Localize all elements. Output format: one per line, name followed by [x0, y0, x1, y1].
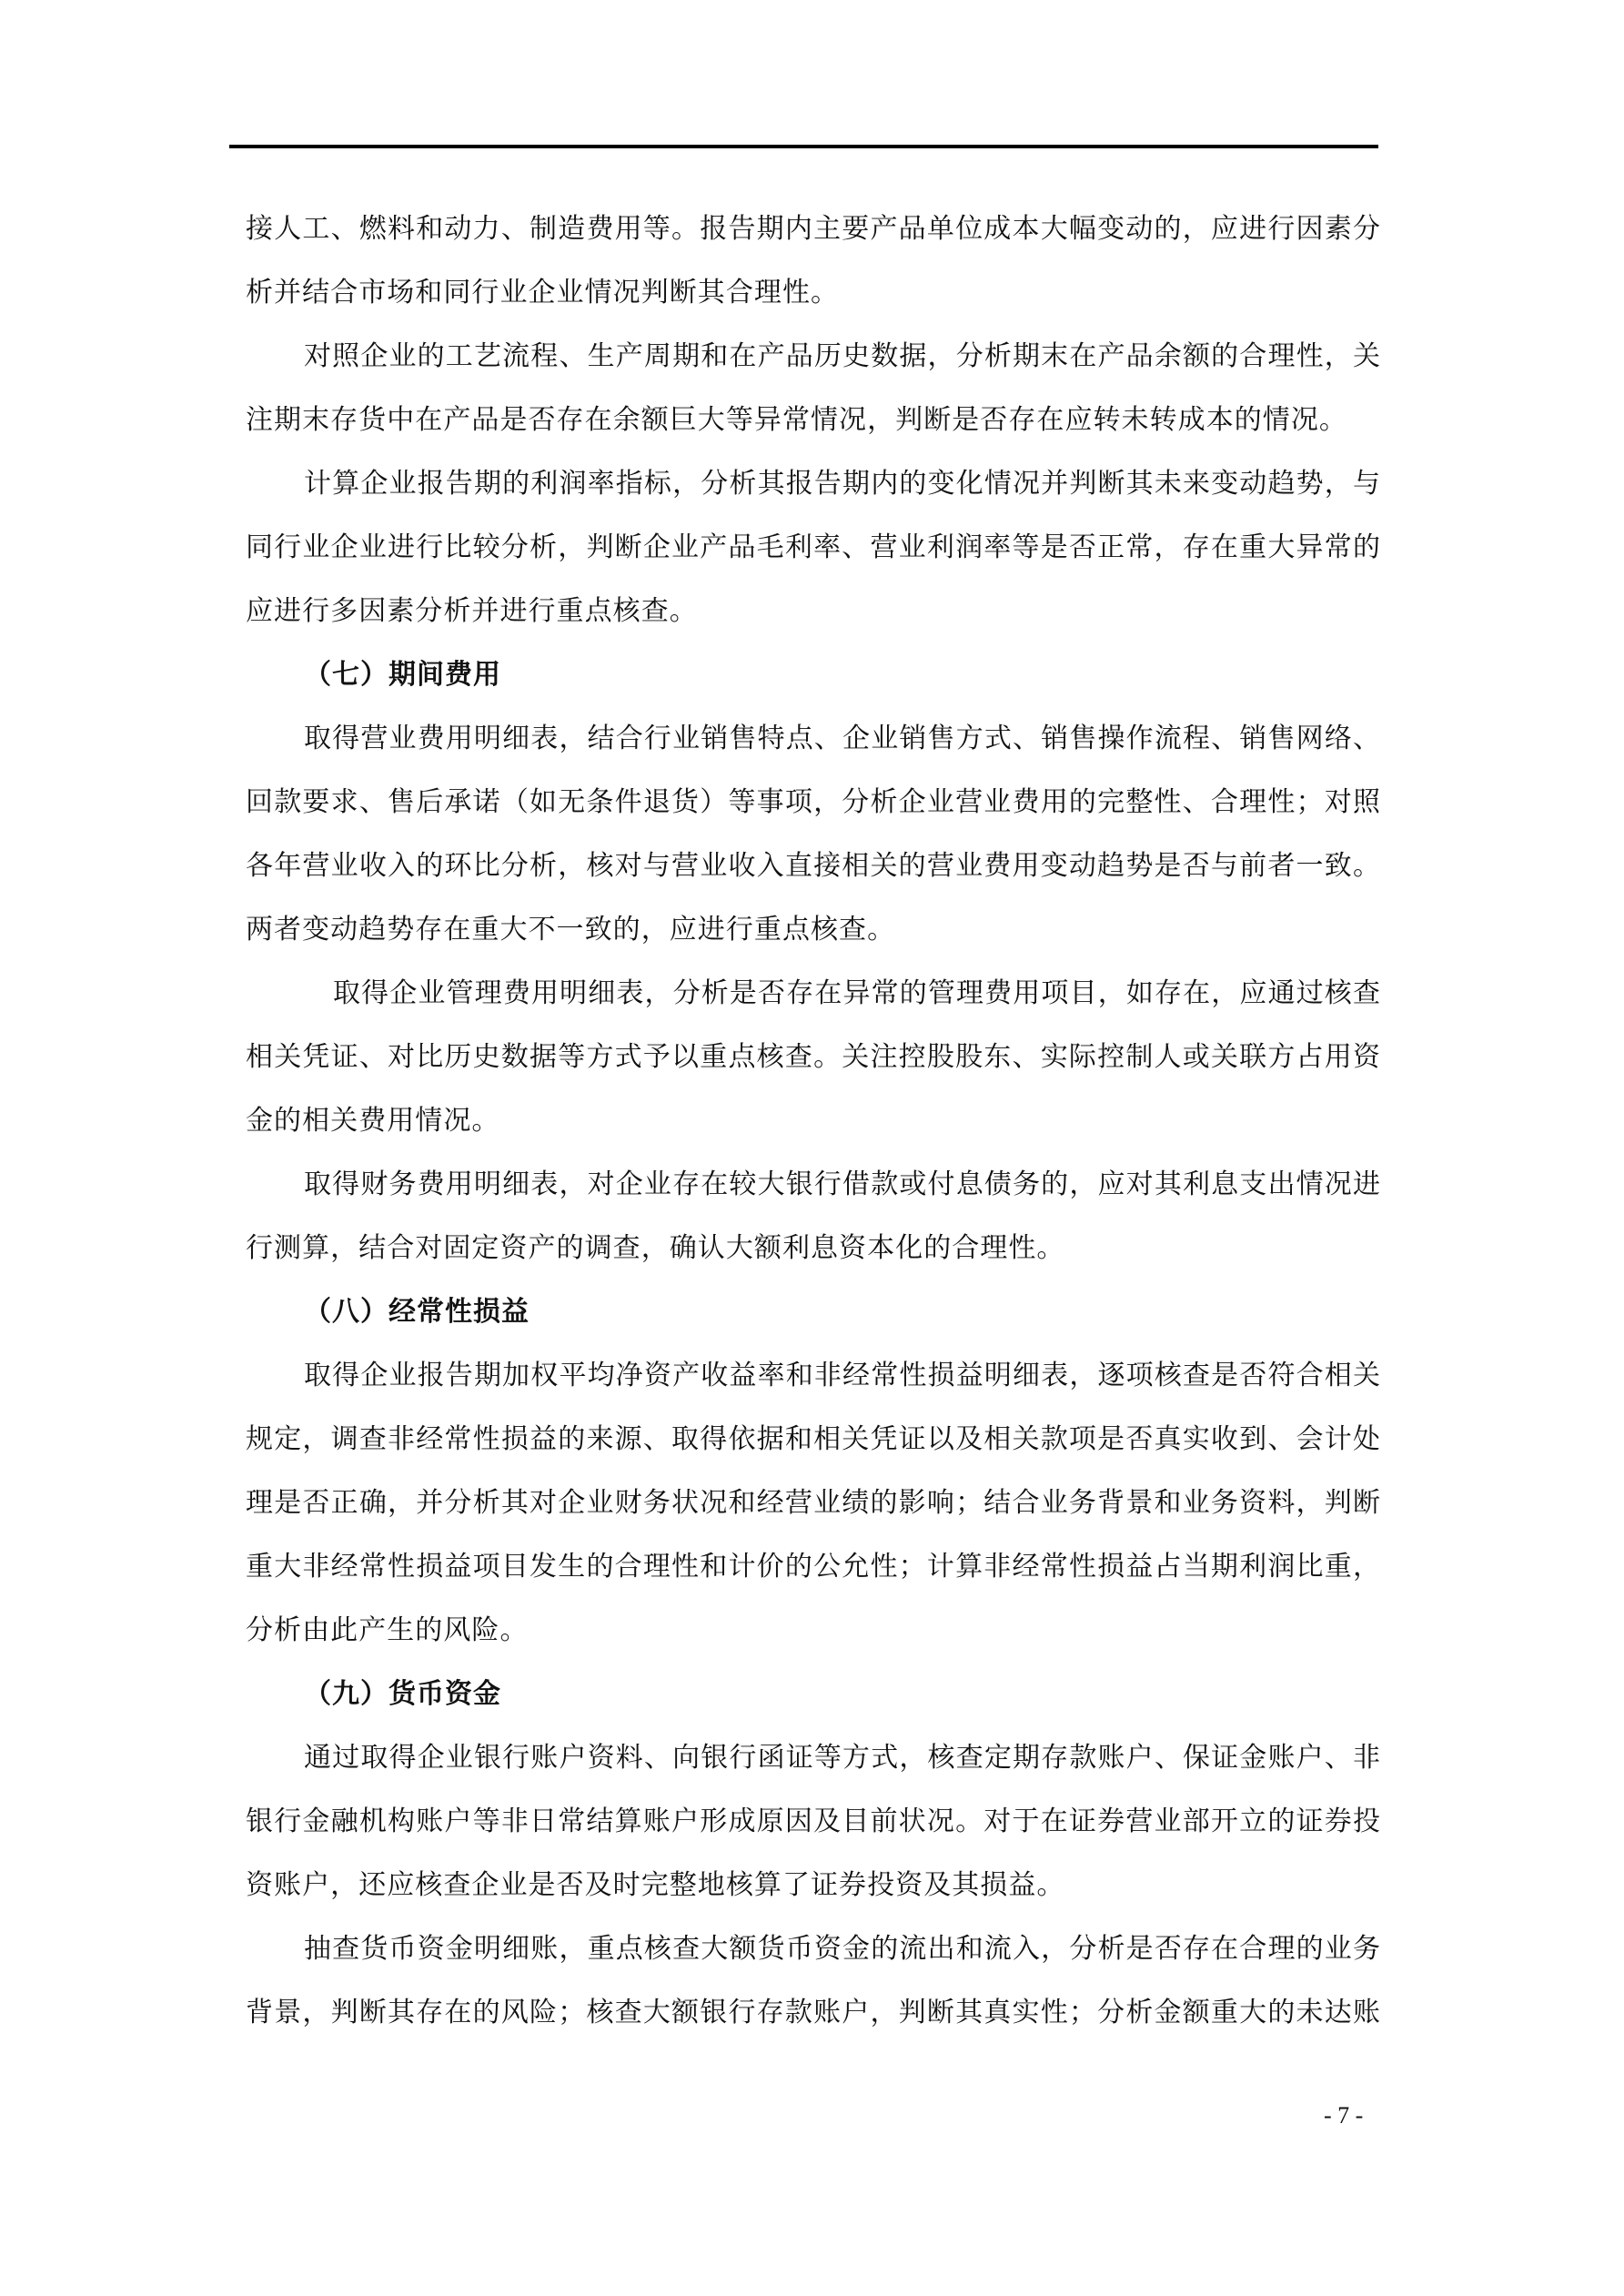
- text-line: 抽查货币资金明细账，重点核查大额货币资金的流出和流入，分析是否存在合理的业务: [246, 1917, 1381, 1981]
- text-line: 通过取得企业银行账户资料、向银行函证等方式，核查定期存款账户、保证金账户、非: [246, 1726, 1381, 1790]
- document-body: 接人工、燃料和动力、制造费用等。报告期内主要产品单位成本大幅变动的，应进行因素分…: [246, 197, 1381, 2045]
- paragraph: 计算企业报告期的利润率指标，分析其报告期内的变化情况并判断其未来变动趋势，与 同…: [246, 452, 1381, 643]
- text-line: 取得营业费用明细表，结合行业销售特点、企业销售方式、销售操作流程、销售网络、: [246, 707, 1381, 771]
- text-line: 资账户，还应核查企业是否及时完整地核算了证券投资及其损益。: [246, 1854, 1381, 1917]
- text-line: 分析由此产生的风险。: [246, 1599, 1381, 1663]
- text-line: 规定，调查非经常性损益的来源、取得依据和相关凭证以及相关款项是否真实收到、会计处: [246, 1408, 1381, 1472]
- text-line: 金的相关费用情况。: [246, 1089, 1381, 1153]
- text-line: 相关凭证、对比历史数据等方式予以重点核查。关注控股股东、实际控制人或关联方占用资: [246, 1026, 1381, 1089]
- paragraph: 接人工、燃料和动力、制造费用等。报告期内主要产品单位成本大幅变动的，应进行因素分…: [246, 197, 1381, 325]
- text-line: 析并结合市场和同行业企业情况判断其合理性。: [246, 261, 1381, 325]
- section-heading: （七）期间费用: [246, 643, 1381, 707]
- paragraph: 对照企业的工艺流程、生产周期和在产品历史数据，分析期末在产品余额的合理性，关 注…: [246, 325, 1381, 452]
- text-line: 重大非经常性损益项目发生的合理性和计价的公允性；计算非经常性损益占当期利润比重，: [246, 1535, 1381, 1599]
- text-line: 取得企业报告期加权平均净资产收益率和非经常性损益明细表，逐项核查是否符合相关: [246, 1344, 1381, 1408]
- paragraph: 取得营业费用明细表，结合行业销售特点、企业销售方式、销售操作流程、销售网络、 回…: [246, 707, 1381, 962]
- text-line: 接人工、燃料和动力、制造费用等。报告期内主要产品单位成本大幅变动的，应进行因素分: [246, 197, 1381, 261]
- text-line: 行测算，结合对固定资产的调查，确认大额利息资本化的合理性。: [246, 1217, 1381, 1280]
- text-line: 对照企业的工艺流程、生产周期和在产品历史数据，分析期末在产品余额的合理性，关: [246, 325, 1381, 389]
- text-line: 取得企业管理费用明细表，分析是否存在异常的管理费用项目，如存在，应通过核查: [246, 962, 1381, 1026]
- text-line: 应进行多因素分析并进行重点核查。: [246, 580, 1381, 643]
- paragraph: 取得企业报告期加权平均净资产收益率和非经常性损益明细表，逐项核查是否符合相关 规…: [246, 1344, 1381, 1663]
- text-line: 各年营业收入的环比分析，核对与营业收入直接相关的营业费用变动趋势是否与前者一致。: [246, 834, 1381, 898]
- header-rule: [229, 145, 1378, 148]
- text-line: 两者变动趋势存在重大不一致的，应进行重点核查。: [246, 898, 1381, 962]
- text-line: 计算企业报告期的利润率指标，分析其报告期内的变化情况并判断其未来变动趋势，与: [246, 452, 1381, 516]
- section-heading: （八）经常性损益: [246, 1280, 1381, 1344]
- paragraph: 抽查货币资金明细账，重点核查大额货币资金的流出和流入，分析是否存在合理的业务 背…: [246, 1917, 1381, 2045]
- text-line: 回款要求、售后承诺（如无条件退货）等事项，分析企业营业费用的完整性、合理性；对照: [246, 771, 1381, 834]
- paragraph: 取得财务费用明细表，对企业存在较大银行借款或付息债务的，应对其利息支出情况进 行…: [246, 1153, 1381, 1280]
- text-line: 取得财务费用明细表，对企业存在较大银行借款或付息债务的，应对其利息支出情况进: [246, 1153, 1381, 1217]
- paragraph: 取得企业管理费用明细表，分析是否存在异常的管理费用项目，如存在，应通过核查 相关…: [246, 962, 1381, 1153]
- section-heading: （九）货币资金: [246, 1663, 1381, 1726]
- text-line: 背景，判断其存在的风险；核查大额银行存款账户，判断其真实性；分析金额重大的未达账: [246, 1981, 1381, 2045]
- paragraph: 通过取得企业银行账户资料、向银行函证等方式，核查定期存款账户、保证金账户、非 银…: [246, 1726, 1381, 1917]
- text-line: 注期末存货中在产品是否存在余额巨大等异常情况，判断是否存在应转未转成本的情况。: [246, 389, 1381, 452]
- text-line: 同行业企业进行比较分析，判断企业产品毛利率、营业利润率等是否正常，存在重大异常的: [246, 516, 1381, 580]
- text-line: 理是否正确，并分析其对企业财务状况和经营业绩的影响；结合业务背景和业务资料，判断: [246, 1472, 1381, 1535]
- page-number: - 7 -: [1324, 2102, 1363, 2129]
- text-line: 银行金融机构账户等非日常结算账户形成原因及目前状况。对于在证券营业部开立的证券投: [246, 1790, 1381, 1854]
